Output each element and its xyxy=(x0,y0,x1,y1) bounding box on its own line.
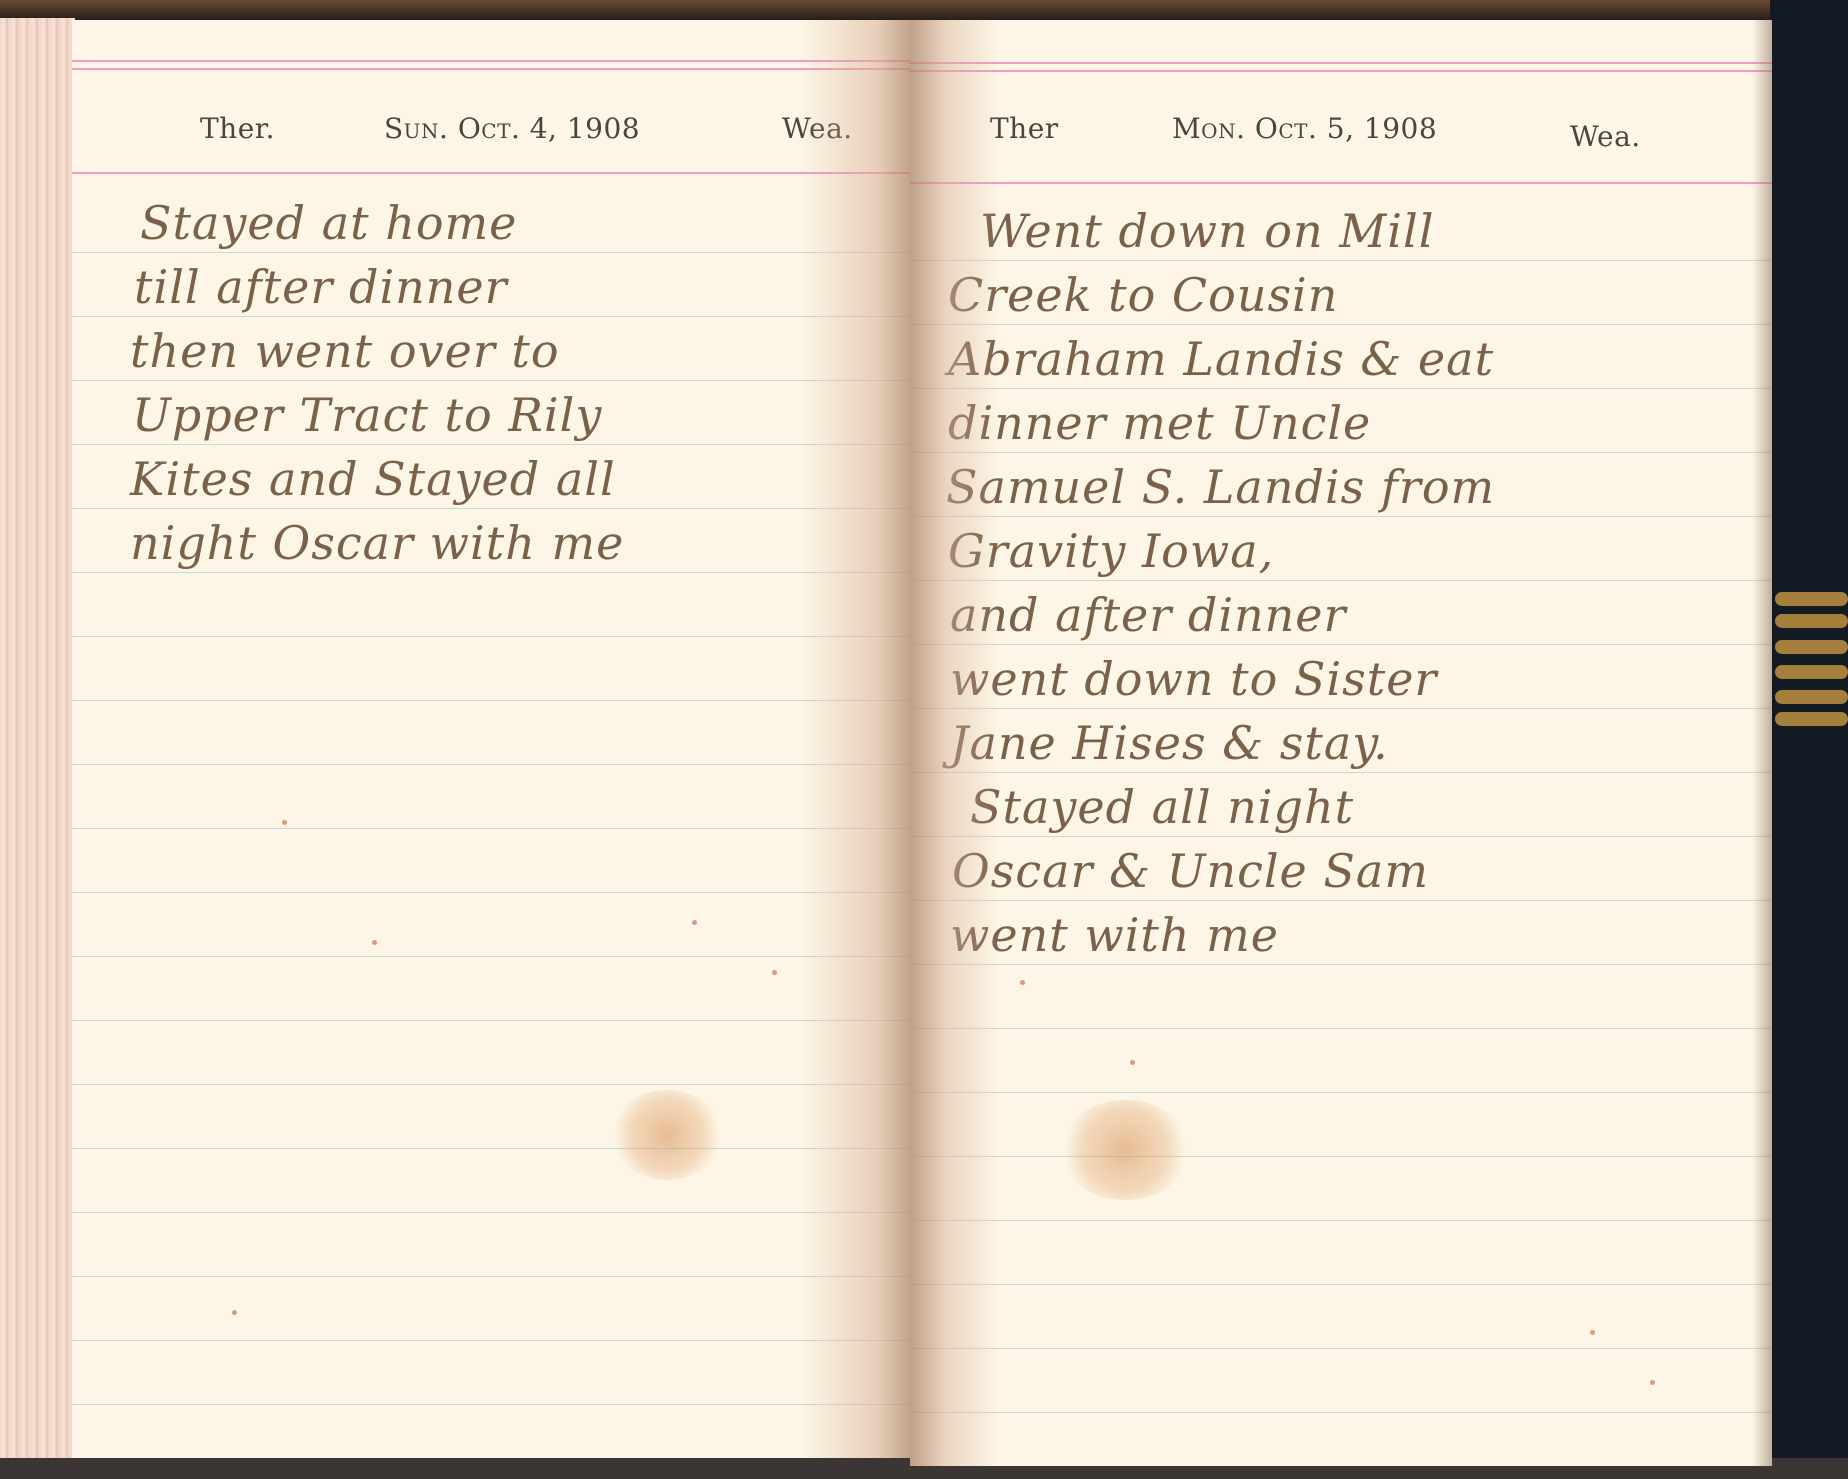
ruled-line xyxy=(910,644,1772,645)
ruled-line xyxy=(72,316,910,317)
entry-line: Kites and Stayed all xyxy=(130,452,616,506)
ribbon-bookmark xyxy=(1775,712,1848,726)
entry-line: Jane Hises & stay. xyxy=(950,716,1389,770)
ruled-line xyxy=(910,1156,1772,1157)
ruled-line xyxy=(72,956,910,957)
ruled-line xyxy=(910,708,1772,709)
ruled-line xyxy=(910,260,1772,261)
date-text: Oct. 5, 1908 xyxy=(1255,112,1437,145)
ruled-line xyxy=(910,1092,1772,1093)
foxing-spot xyxy=(282,820,287,825)
foxing-stain xyxy=(612,1090,722,1180)
entry-line: and after dinner xyxy=(950,588,1347,642)
header-rule-top xyxy=(910,62,1772,64)
header-rule-bottom xyxy=(72,172,910,174)
header-rule-top-2 xyxy=(910,70,1772,72)
date-weekday: Mon. xyxy=(1172,112,1245,145)
entry-line: Creek to Cousin xyxy=(948,268,1338,322)
entry-line: went down to Sister xyxy=(950,652,1437,706)
ruled-line xyxy=(910,772,1772,773)
foxing-spot xyxy=(692,920,697,925)
header-rule-top-2 xyxy=(72,68,910,70)
entry-line: Upper Tract to Rily xyxy=(132,388,602,442)
ruled-line xyxy=(72,1148,910,1149)
entry-line: Went down on Mill xyxy=(980,204,1434,258)
ruled-line xyxy=(910,580,1772,581)
foxing-spot xyxy=(772,970,777,975)
page-edge-shadow xyxy=(1752,20,1772,1466)
ruled-line xyxy=(72,572,910,573)
ruled-line xyxy=(72,1212,910,1213)
ruled-line xyxy=(72,444,910,445)
ruled-line xyxy=(72,380,910,381)
foxing-stain xyxy=(1060,1100,1190,1200)
book-cover-right xyxy=(1770,0,1848,1479)
date-text: Oct. 4, 1908 xyxy=(458,112,640,145)
ruled-line xyxy=(72,1404,910,1405)
date-weekday: Sun. xyxy=(384,112,448,145)
ruled-line xyxy=(72,892,910,893)
entry-line: till after dinner xyxy=(134,260,508,314)
ruled-line xyxy=(910,1284,1772,1285)
ribbon-bookmark xyxy=(1775,640,1848,654)
ruled-line xyxy=(910,388,1772,389)
diary-page-right: Ther Mon. Oct. 5, 1908 Wea. Went down on… xyxy=(910,20,1772,1466)
ruled-line xyxy=(910,900,1772,901)
header-rule-top xyxy=(72,60,910,62)
ribbon-bookmark xyxy=(1775,665,1848,679)
foxing-spot xyxy=(1130,1060,1135,1065)
page-stack-edge xyxy=(0,18,75,1458)
ruled-line xyxy=(910,516,1772,517)
header-rule-bottom xyxy=(910,182,1772,184)
entry-line: then went over to xyxy=(130,324,560,378)
ruled-line xyxy=(72,252,910,253)
foxing-spot xyxy=(1650,1380,1655,1385)
ruled-line xyxy=(910,1348,1772,1349)
gutter-shadow xyxy=(910,20,1000,1466)
foxing-spot xyxy=(372,940,377,945)
page-date: Mon. Oct. 5, 1908 xyxy=(1172,112,1437,145)
ruled-line xyxy=(910,964,1772,965)
entry-line: Oscar & Uncle Sam xyxy=(952,844,1429,898)
foxing-spot xyxy=(232,1310,237,1315)
ribbon-bookmark xyxy=(1775,614,1848,628)
ruled-line xyxy=(910,1412,1772,1413)
entry-line: dinner met Uncle xyxy=(948,396,1371,450)
foxing-spot xyxy=(1590,1330,1595,1335)
diary-page-left: Ther. Sun. Oct. 4, 1908 Wea. Stayed at h… xyxy=(72,20,910,1458)
ruled-line xyxy=(910,452,1772,453)
page-date: Sun. Oct. 4, 1908 xyxy=(384,112,640,145)
ruled-line xyxy=(910,1220,1772,1221)
book-top-edge xyxy=(0,0,1848,22)
thermometer-label: Ther xyxy=(990,112,1059,145)
entry-line: Stayed at home xyxy=(140,196,517,250)
ruled-line xyxy=(72,700,910,701)
ruled-line xyxy=(72,1340,910,1341)
ribbon-bookmark xyxy=(1775,690,1848,704)
thermometer-label: Ther. xyxy=(200,112,275,145)
weather-label: Wea. xyxy=(1570,120,1641,153)
ruled-line xyxy=(72,828,910,829)
ruled-line xyxy=(910,1028,1772,1029)
entry-line: Stayed all night xyxy=(970,780,1354,834)
ruled-line xyxy=(72,1276,910,1277)
ruled-line xyxy=(72,636,910,637)
ruled-line xyxy=(72,1020,910,1021)
gutter-shadow xyxy=(800,20,910,1458)
foxing-spot xyxy=(1020,980,1025,985)
ruled-line xyxy=(72,764,910,765)
entry-line: Abraham Landis & eat xyxy=(948,332,1494,386)
ruled-line xyxy=(910,836,1772,837)
ruled-line xyxy=(910,324,1772,325)
entry-line: night Oscar with me xyxy=(130,516,624,570)
ruled-line xyxy=(72,1084,910,1085)
ruled-line xyxy=(72,508,910,509)
entry-line: Samuel S. Landis from xyxy=(946,460,1495,514)
ribbon-bookmark xyxy=(1775,592,1848,606)
